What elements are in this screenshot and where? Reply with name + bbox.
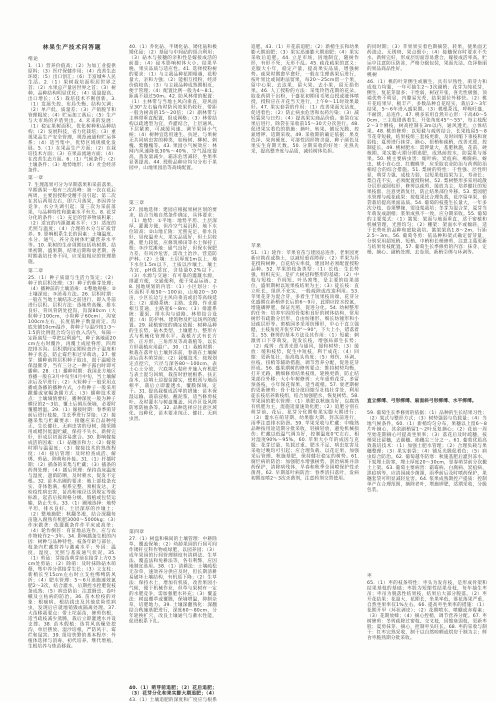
text-column-3: 追肥。43.（1）开花前追肥；（2）新梢生长和幼果膨大期追肥；（3）果实迅速膨大… xyxy=(251,44,359,676)
body-text: 27.（1）树盘和株间的土壤管理：中耕除草、覆盖保墒；（2）幼龄果园的行间可间作… xyxy=(129,536,217,685)
section-heading: 第一章 xyxy=(28,175,116,181)
section-heading: 桃树 xyxy=(367,72,487,78)
body-text: 25.（1）种子质量与生活力鉴定；（2）种子的层积处理；（3）种子的催芽处理；（… xyxy=(28,275,116,676)
section-heading: 绪论 xyxy=(28,56,116,62)
text-column-2: 40.（1）乔化砧、半矮化砧、矮化砧和极矮化砧；（2）基砧与中间砧的组合利用；（… xyxy=(129,44,217,702)
body-text: 43.（1）土壤追肥的深度和广度应与根系分布特点相适应。 xyxy=(129,697,217,702)
body-text: 7. 生理落果可分为早期落果和采前落果。早期落果一般有三次高峰：第一次在花后两周… xyxy=(28,182,116,267)
section-heading: 第三章 xyxy=(129,200,217,206)
body-text: 59. 葡萄生长季修剪的依据：（1）品种的生长结果习性；（2）架式与整形方式；（… xyxy=(367,410,487,572)
body-text: 46.（1）桃的叶芽侧生或腋生，具有早熟性，萌芽力和成枝力均强，一年可抽生2～3… xyxy=(367,79,487,397)
body-text: 40.（1）乔化砧、半矮化砧、矮化砧和极矮化砧；（2）基砧与中间砧的组合利用；（… xyxy=(129,44,217,198)
body-text: 1.（1）营养价值高；（2）为加工业提供原料；（3）医疗保健作用；（4）改善生态… xyxy=(28,63,116,173)
body-text: 27. 园地选择：建园应根据果树区划的要求，结合当地自然条件确定，具体要求：（1… xyxy=(129,207,217,527)
body-text: 65.（1）枣的枝条特性：枣头为发育枝，是形成骨架和结果基枝的基础；枣股为短缩性… xyxy=(367,580,487,670)
body-text: 51.（1）轮作：苹果育苗与建园忌连作，老果园更新应换茬或换土，以减轻重茬障碍；… xyxy=(251,250,359,675)
section-heading: 第二章 xyxy=(28,268,116,274)
scanned-page: 林果生产技术问答题绪论1.（1）营养价值高；（2）为加工业提供原料；（3）医疗保… xyxy=(0,0,496,702)
section-heading: 枣 xyxy=(367,573,487,579)
section-heading: 第四章 xyxy=(129,529,217,535)
section-heading: 苹果 xyxy=(251,243,359,249)
doc-title: 林果生产技术问答题 xyxy=(28,44,116,54)
body-text: 的同时期；（3）苹果果实着色期摘袋、转果，使果面无药渍点、无锈斑、果点细小；（4… xyxy=(367,44,487,71)
body-text: 追肥。43.（1）开花前追肥；（2）新梢生长和幼果膨大期追肥；（3）果实迅速膨大… xyxy=(251,44,359,241)
emphasized-answer-line: 直立绑缚、弓形绑缚、扇面斜弓形绑缚、水平绑缚。 xyxy=(367,398,487,409)
text-column-1: 林果生产技术问答题绪论1.（1）营养价值高；（2）为加工业提供原料；（3）医疗保… xyxy=(28,44,116,678)
text-column-4: 的同时期；（3）苹果果实着色期摘袋、转果，使果面无药渍点、无锈斑、果点细小；（4… xyxy=(367,44,487,672)
emphasized-answer-line: 40.（1）萌芽前追肥；（2）花后追肥；（3）花芽分化和果实膨大期追肥；（4）果… xyxy=(129,685,217,696)
